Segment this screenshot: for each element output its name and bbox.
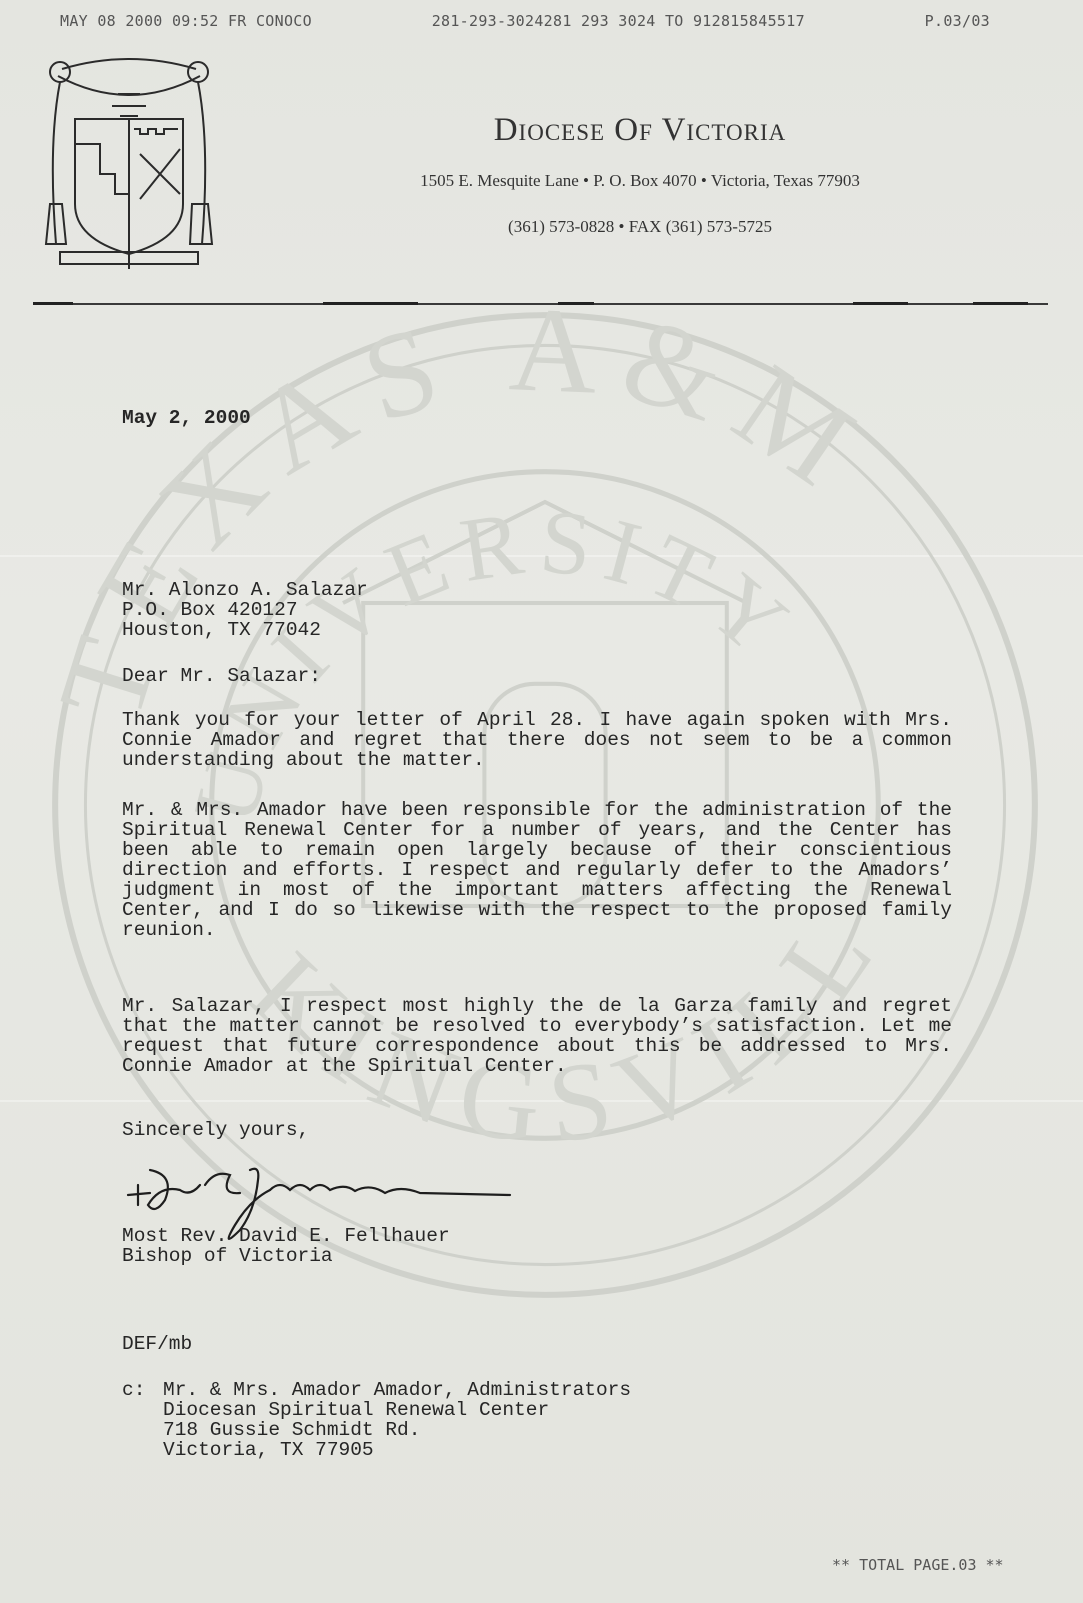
coat-of-arms-icon: [40, 54, 218, 282]
salutation: Dear Mr. Salazar:: [122, 666, 952, 686]
letterhead: Diocese Of Victoria 1505 E. Mesquite Lan…: [340, 112, 940, 237]
diocese-address: 1505 E. Mesquite Lane • P. O. Box 4070 •…: [340, 171, 940, 191]
closing: Sincerely yours,: [122, 1120, 952, 1140]
signer-name: Most Rev. David E. Fellhauer: [122, 1226, 952, 1246]
carbon-copy-block: c: Mr. & Mrs. Amador Amador, Administrat…: [122, 1380, 952, 1460]
paper-fold: [0, 555, 1083, 557]
paragraph-1: Thank you for your letter of April 28. I…: [122, 710, 952, 770]
recipient-name: Mr. Alonzo A. Salazar: [122, 580, 952, 600]
fax-total-pages: ** TOTAL PAGE.03 **: [832, 1556, 1004, 1574]
recipient-po-box: P.O. Box 420127: [122, 600, 952, 620]
cc-label: c:: [122, 1380, 163, 1460]
fax-page: P.03/03: [925, 12, 990, 30]
cc-line: Diocesan Spiritual Renewal Center: [163, 1400, 631, 1420]
signer-title: Bishop of Victoria: [122, 1246, 952, 1266]
diocese-name: Diocese Of Victoria: [340, 112, 940, 149]
recipient-city: Houston, TX 77042: [122, 620, 952, 640]
paragraph-3: Mr. Salazar, I respect most highly the d…: [122, 996, 952, 1076]
letter-date: May 2, 2000: [122, 408, 952, 428]
letterhead-divider: [33, 303, 1048, 305]
signature-block: Most Rev. David E. Fellhauer Bishop of V…: [122, 1226, 952, 1266]
recipient-address: Mr. Alonzo A. Salazar P.O. Box 420127 Ho…: [122, 580, 952, 640]
fax-transmission-header: MAY 08 2000 09:52 FR CONOCO 281-293-3024…: [60, 12, 990, 30]
fax-sender: MAY 08 2000 09:52 FR CONOCO: [60, 12, 312, 30]
cc-line: Victoria, TX 77905: [163, 1440, 631, 1460]
fax-numbers: 281-293-3024281 293 3024 TO 912815845517: [432, 12, 805, 30]
diocese-phone: (361) 573-0828 • FAX (361) 573-5725: [340, 217, 940, 237]
paper-fold: [0, 1100, 1083, 1102]
reference-initials: DEF/mb: [122, 1334, 952, 1354]
cc-line: 718 Gussie Schmidt Rd.: [163, 1420, 631, 1440]
paragraph-2: Mr. & Mrs. Amador have been responsible …: [122, 800, 952, 940]
cc-line: Mr. & Mrs. Amador Amador, Administrators: [163, 1380, 631, 1400]
